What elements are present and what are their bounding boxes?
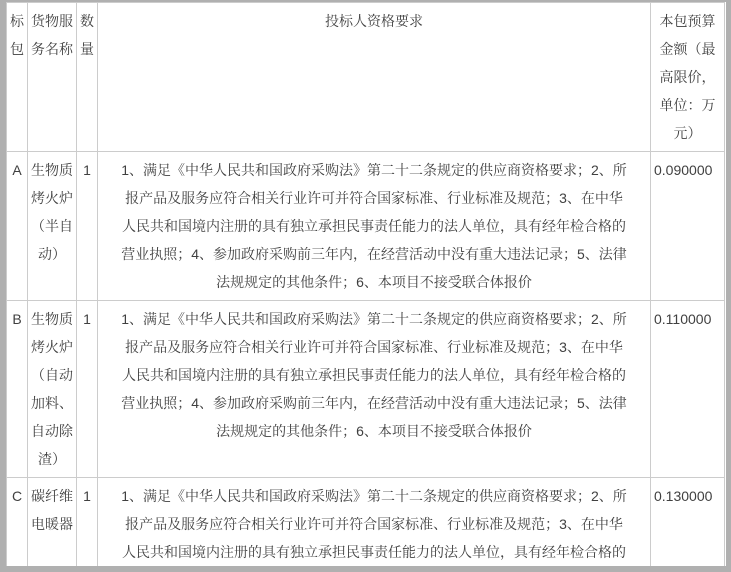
- col-header-goods-service-name: 货物服 务名称: [28, 3, 77, 152]
- quantity-cell: 1: [77, 301, 98, 478]
- requirements-cell: 1、满足《中华人民共和国政府采购法》第二十二条规定的供应商资格要求；2、所 报产…: [98, 152, 651, 301]
- package-cell: B: [7, 301, 28, 478]
- bidder-qualification-table: 标 包 货物服 务名称 数 量 投标人资格要求 本包预算 金额（最 高限价， 单…: [6, 2, 725, 566]
- table-row-package-b: B 生物质 烤火炉 （自动 加料、 自动除 渣） 1 1、满足《中华人民共和国政…: [7, 301, 725, 478]
- requirements-cell: 1、满足《中华人民共和国政府采购法》第二十二条规定的供应商资格要求；2、所 报产…: [98, 478, 651, 567]
- package-cell: C: [7, 478, 28, 567]
- table-row-package-a: A 生物质 烤火炉 （半自 动） 1 1、满足《中华人民共和国政府采购法》第二十…: [7, 152, 725, 301]
- col-header-budget-amount: 本包预算 金额（最 高限价， 单位：万 元）: [651, 3, 725, 152]
- budget-cell: 0.090000: [651, 152, 725, 301]
- header-row: 标 包 货物服 务名称 数 量 投标人资格要求 本包预算 金额（最 高限价， 单…: [7, 3, 725, 152]
- col-header-package: 标 包: [7, 3, 28, 152]
- document-viewport: { "colors": { "frame": "#b0b0b0", "borde…: [0, 0, 731, 572]
- budget-cell: 0.110000: [651, 301, 725, 478]
- quantity-cell: 1: [77, 152, 98, 301]
- item-name-cell: 生物质 烤火炉 （自动 加料、 自动除 渣）: [28, 301, 77, 478]
- quantity-cell: 1: [77, 478, 98, 567]
- package-cell: A: [7, 152, 28, 301]
- budget-cell: 0.130000: [651, 478, 725, 567]
- item-name-cell: 碳纤维 电暖器: [28, 478, 77, 567]
- col-header-bidder-requirements: 投标人资格要求: [98, 3, 651, 152]
- requirements-cell: 1、满足《中华人民共和国政府采购法》第二十二条规定的供应商资格要求；2、所 报产…: [98, 301, 651, 478]
- col-header-quantity: 数 量: [77, 3, 98, 152]
- table-frame: 标 包 货物服 务名称 数 量 投标人资格要求 本包预算 金额（最 高限价， 单…: [6, 2, 726, 566]
- item-name-cell: 生物质 烤火炉 （半自 动）: [28, 152, 77, 301]
- table-row-package-c: C 碳纤维 电暖器 1 1、满足《中华人民共和国政府采购法》第二十二条规定的供应…: [7, 478, 725, 567]
